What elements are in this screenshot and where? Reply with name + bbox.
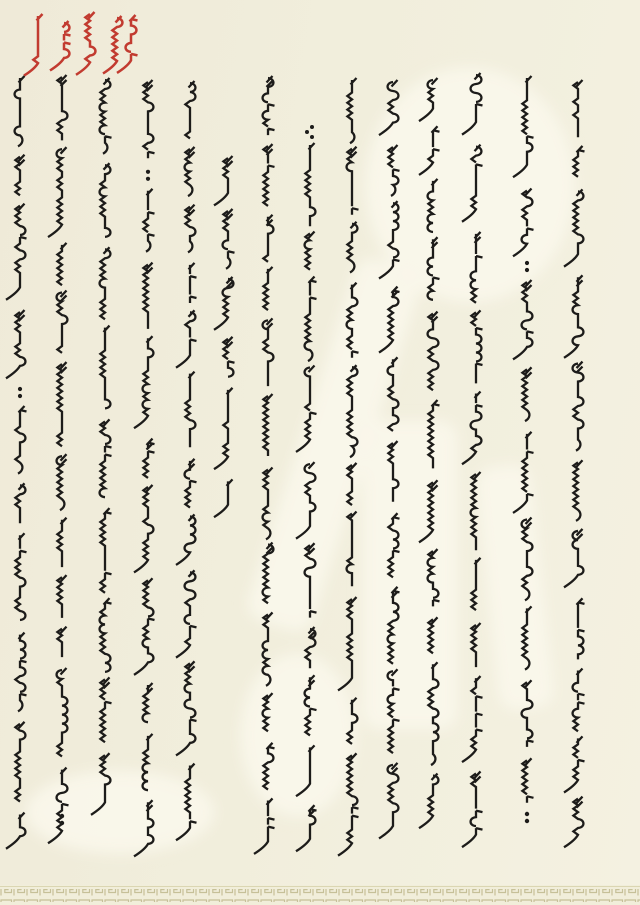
greek-key-pattern	[0, 889, 640, 902]
document-page	[0, 0, 640, 905]
decorative-border	[0, 0, 640, 905]
